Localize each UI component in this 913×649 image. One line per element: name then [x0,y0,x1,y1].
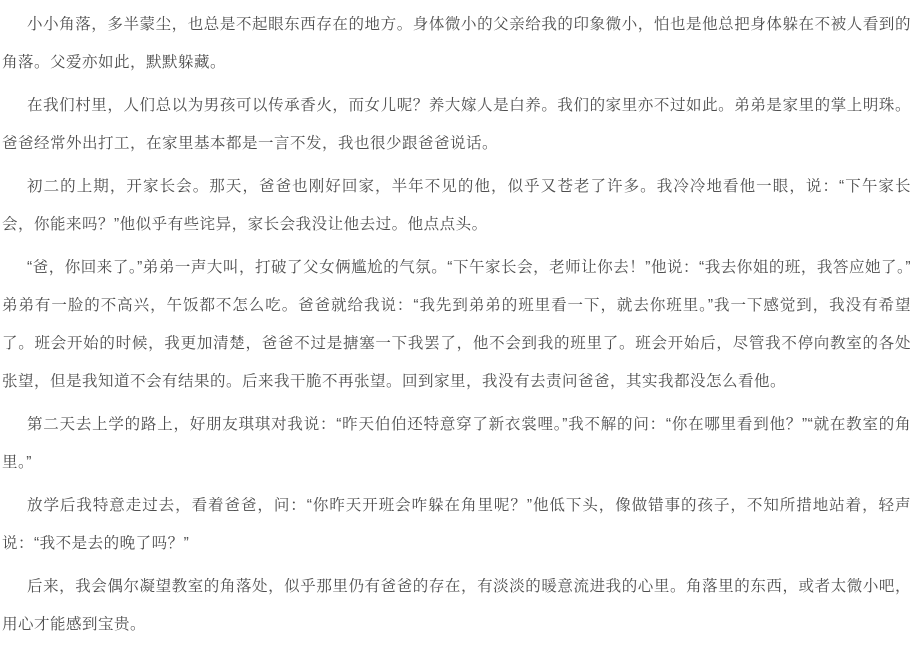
paragraph: 小小角落，多半蒙尘，也总是不起眼东西存在的地方。身体微小的父亲给我的印象微小，怕… [2,6,911,82]
paragraph: 初二的上期，开家长会。那天，爸爸也刚好回家，半年不见的他，似乎又苍老了许多。我冷… [2,168,911,244]
document-body: 小小角落，多半蒙尘，也总是不起眼东西存在的地方。身体微小的父亲给我的印象微小，怕… [0,0,913,649]
paragraph: “爸，你回来了。”弟弟一声大叫，打破了父女俩尴尬的气氛。“下午家长会，老师让你去… [2,249,911,401]
paragraph: 第二天去上学的路上，好朋友琪琪对我说：“昨天伯伯还特意穿了新衣裳哩。”我不解的问… [2,406,911,482]
paragraph: 在我们村里，人们总以为男孩可以传承香火，而女儿呢？养大嫁人是白养。我们的家里亦不… [2,87,911,163]
paragraph: 后来，我会偶尔凝望教室的角落处，似乎那里仍有爸爸的存在，有淡淡的暖意流进我的心里… [2,568,911,644]
paragraph: 放学后我特意走过去，看着爸爸，问：“你昨天开班会咋躲在角里呢？”他低下头，像做错… [2,487,911,563]
